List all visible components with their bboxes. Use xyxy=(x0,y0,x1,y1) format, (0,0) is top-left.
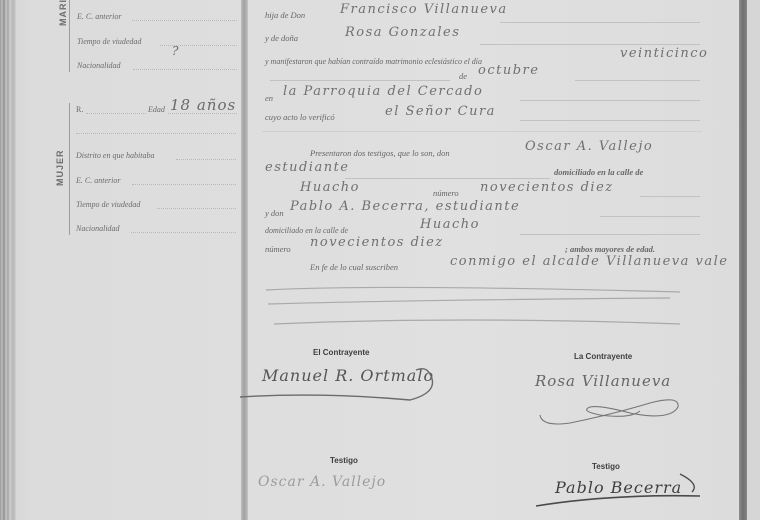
month-prefix: de xyxy=(459,71,467,81)
witness2-street-rule xyxy=(520,234,700,235)
place-rule xyxy=(520,100,700,101)
witness2-name: Pablo A. Becerra, estudiante xyxy=(290,199,520,214)
month-trailing-rule xyxy=(575,80,700,81)
father-name: Francisco Villanueva xyxy=(340,2,508,17)
closing-lines xyxy=(260,280,700,332)
month-value: octubre xyxy=(478,63,539,78)
witness2-domicile-label: domiciliado en la calle de xyxy=(265,226,348,235)
wife-nationality-line xyxy=(131,232,236,233)
witness1-domicile-label: domiciliado en la calle de xyxy=(554,167,643,177)
husband-prior-civil-status-label: E. C. anterior xyxy=(77,12,121,21)
groom-title: El Contrayente xyxy=(313,348,369,357)
witness2-number: novecientos diez xyxy=(310,235,444,250)
bride-signature: Rosa Villanueva xyxy=(535,372,671,390)
wife-age-line xyxy=(168,113,237,114)
wife-age-value: 18 años xyxy=(170,96,236,114)
husband-section-label: MARIDO xyxy=(58,0,68,26)
wife-widowhood-line xyxy=(157,208,236,209)
signing-label: En fe de lo cual suscriben xyxy=(310,262,398,272)
witness1-number-label: número xyxy=(433,188,459,198)
witness2-rule xyxy=(600,216,700,217)
month-leading-rule xyxy=(270,80,450,81)
day-value: veinticinco xyxy=(620,46,708,61)
page-right-edge xyxy=(739,0,747,520)
wife-bracket xyxy=(69,103,74,235)
adults-note: ; ambos mayores de edad. xyxy=(565,244,655,254)
groom-signature-flourish xyxy=(230,362,460,406)
mother-rule xyxy=(480,44,700,45)
place-prefix: en xyxy=(265,93,273,103)
mother-name: Rosa Gonzales xyxy=(345,25,460,40)
officiant-rule xyxy=(520,120,700,121)
witness1-title: Testigo xyxy=(330,456,358,465)
wife-prior-civil-status-label: E. C. anterior xyxy=(76,176,120,185)
wife-age-label: Edad xyxy=(148,105,165,114)
bride-title: La Contrayente xyxy=(574,352,632,361)
witness1-number-rule xyxy=(640,196,700,197)
father-label: hija de Don xyxy=(265,10,305,20)
occupation-rule xyxy=(345,178,550,179)
husband-prior-civil-status-line xyxy=(132,20,237,21)
section-rule xyxy=(262,131,702,132)
father-rule xyxy=(500,22,700,23)
page-right-margin xyxy=(747,0,760,520)
place-value: la Parroquia del Cercado xyxy=(283,84,483,99)
witness2-street: Huacho xyxy=(420,217,480,232)
wife-nationality-label: Nacionalidad xyxy=(76,224,120,233)
mother-label: y de doña xyxy=(265,33,298,43)
wife-district-line xyxy=(176,159,236,160)
column-divider xyxy=(241,0,248,520)
witness1-name: Oscar A. Vallejo xyxy=(525,139,653,154)
wife-r-label: R. xyxy=(76,105,83,114)
wife-district-label: Distrito en que habitaba xyxy=(76,151,154,160)
husband-bracket xyxy=(69,0,74,72)
husband-widowhood-label: Tiempo de viudedad xyxy=(77,37,141,46)
book-binding xyxy=(0,0,16,520)
signing-value: conmigo el alcalde Villanueva vale xyxy=(450,254,728,269)
declaration-text: y manifestaron que habían contraído matr… xyxy=(265,57,482,66)
witness1-signature: Oscar A. Vallejo xyxy=(258,474,386,490)
witness2-label: y don xyxy=(265,208,284,218)
bride-signature-flourish xyxy=(530,393,690,433)
register-page: MARIDO E. C. anterior Tiempo de viudedad… xyxy=(0,0,760,520)
wife-prior-civil-status-line xyxy=(132,184,236,185)
wife-widowhood-label: Tiempo de viudedad xyxy=(76,200,140,209)
husband-nationality-label: Nacionalidad xyxy=(77,61,121,70)
wife-blank-line xyxy=(76,133,236,134)
wife-section-label: MUJER xyxy=(55,149,65,186)
husband-nationality-line xyxy=(133,69,237,70)
witness1-occupation: estudiante xyxy=(265,160,349,175)
witness1-street: Huacho xyxy=(300,180,360,195)
wife-r-line xyxy=(86,113,146,114)
witnesses-intro: Presentaron dos testigos, que lo son, do… xyxy=(310,148,450,158)
witness1-number: novecientos diez xyxy=(480,180,614,195)
witness2-signature-flourish xyxy=(530,470,710,510)
husband-widowhood-value: ? xyxy=(172,44,179,58)
officiant-value: el Señor Cura xyxy=(385,104,496,119)
officiant-label: cuyo acto lo verificó xyxy=(265,112,335,122)
witness2-number-label: número xyxy=(265,244,291,254)
